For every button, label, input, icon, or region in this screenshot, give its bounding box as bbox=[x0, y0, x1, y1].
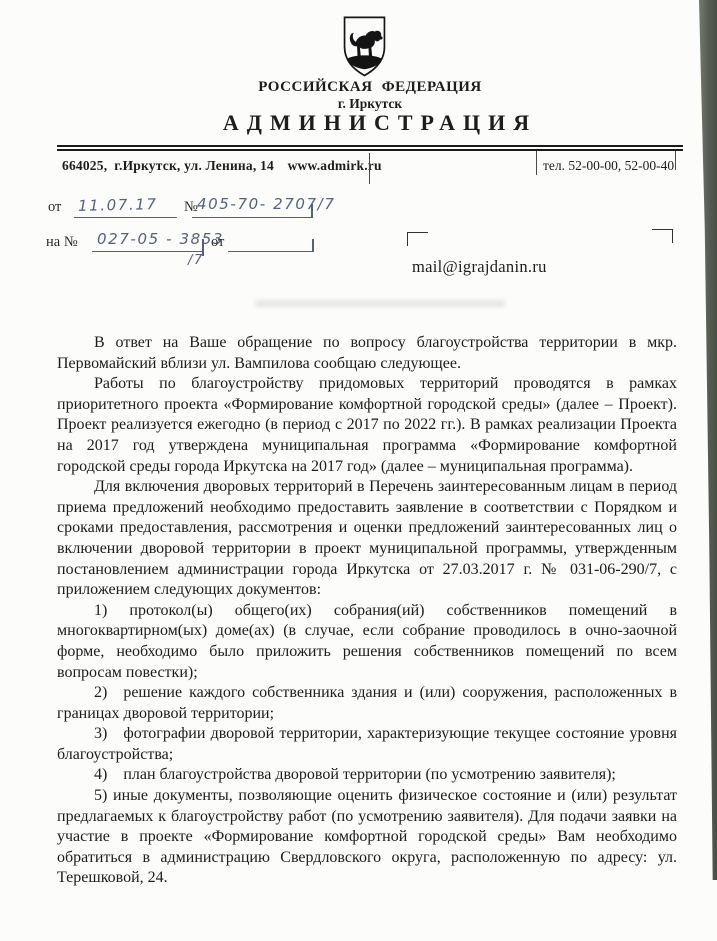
reply-date-underline bbox=[228, 251, 313, 252]
org-address: 664025, г.Иркутск, ул. Ленина, 14 www.ad… bbox=[62, 158, 382, 174]
irkutsk-coat-of-arms-icon bbox=[336, 15, 393, 79]
list-item-1: 1) протокол(ы) общего(их) собрания(ий) с… bbox=[57, 601, 677, 683]
org-phone: тел. 52-00-00, 52-00-40 bbox=[543, 158, 674, 174]
header-double-rule bbox=[57, 145, 683, 151]
list-item-4: 4) план благоустройства дворовой террито… bbox=[57, 765, 677, 786]
outgoing-date-handwritten: 11.07.17 bbox=[78, 195, 158, 215]
paragraph-requirements: Для включения дворовых территорий в Пере… bbox=[57, 477, 677, 601]
outgoing-number-end-tick bbox=[311, 204, 313, 218]
outgoing-number-underline bbox=[192, 217, 312, 218]
outgoing-number-handwritten: 405-70- 2707/7 bbox=[197, 195, 335, 213]
reply-number-underline bbox=[92, 251, 203, 252]
recipient-corner-bracket-right bbox=[652, 229, 673, 243]
outgoing-date-underline bbox=[74, 217, 177, 218]
reply-number-label: на № bbox=[46, 234, 78, 251]
header-divider-line bbox=[369, 153, 370, 184]
list-item-2: 2) решение каждого собственника здания и… bbox=[57, 683, 677, 724]
scan-artifact bbox=[255, 300, 505, 307]
reply-number-fraction: /7 bbox=[188, 253, 204, 268]
recipient-corner-bracket-left bbox=[407, 232, 428, 246]
organization-title: АДМИНИСТРАЦИЯ bbox=[26, 110, 717, 136]
reply-date-end-tick bbox=[312, 239, 314, 252]
country-title: РОССИЙСКАЯ ФЕДЕРАЦИЯ bbox=[20, 79, 717, 96]
recipient-email: mail@igrajdanin.ru bbox=[412, 257, 547, 277]
paragraph-intro: В ответ на Ваше обращение по вопросу бла… bbox=[57, 333, 677, 374]
phone-end-line bbox=[675, 151, 676, 170]
outgoing-number-label: № bbox=[184, 199, 198, 216]
letter-body: В ответ на Ваше обращение по вопросу бла… bbox=[57, 333, 677, 889]
list-item-5-and-closing: 5) иные документы, позволяющие оценить ф… bbox=[57, 786, 677, 889]
paragraph-project: Работы по благоустройству придомовых тер… bbox=[57, 374, 677, 477]
reply-number-handwritten: 027-05 - 3853 bbox=[97, 230, 224, 248]
reply-date-label: от bbox=[211, 234, 224, 251]
list-item-3: 3) фотографии дворовой территории, харак… bbox=[57, 724, 677, 765]
phone-divider-line bbox=[536, 151, 537, 175]
scanned-letter-page: РОССИЙСКАЯ ФЕДЕРАЦИЯ г. Иркутск АДМИНИСТ… bbox=[0, 0, 717, 941]
outgoing-date-label: от bbox=[48, 199, 61, 216]
